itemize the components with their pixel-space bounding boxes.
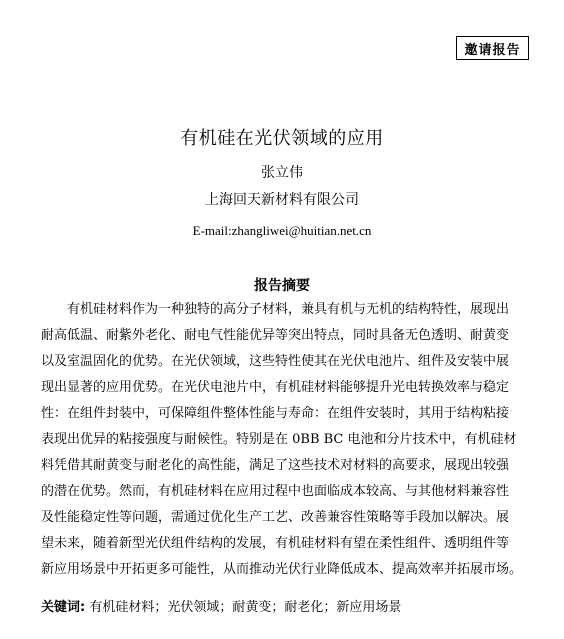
author-affiliation: 上海回天新材料有限公司	[0, 189, 564, 209]
abstract-line: 料凭借其耐黄变与耐老化的高性能，满足了这些技术对材料的高要求，展现出较强	[41, 453, 505, 479]
author-name: 张立伟	[0, 162, 564, 182]
abstract-line: 及性能稳定性等问题，需通过优化生产工艺、改善兼容性策略等手段加以解决。展	[41, 505, 505, 531]
abstract-body: 有机硅材料作为一种独特的高分子材料，兼具有机与无机的结构特性，展现出 耐高低温、…	[41, 297, 505, 583]
author-email: E-mail:zhangliwei@huitian.net.cn	[0, 223, 564, 239]
abstract-line: 的潜在优势。然而，有机硅材料在应用过程中也面临成本较高、与其他材料兼容性	[41, 479, 505, 505]
abstract-line: 有机硅材料作为一种独特的高分子材料，兼具有机与无机的结构特性，展现出	[41, 297, 505, 323]
abstract-line: 性：在组件封装中，可保障组件整体性能与寿命：在组件安装时，其用于结构粘接	[41, 401, 505, 427]
abstract-line: 望未来，随着新型光伏组件结构的发展，有机硅材料有望在柔性组件、透明组件等	[41, 531, 505, 557]
abstract-line: 现出显著的应用优势。在光伏电池片中，有机硅材料能够提升光电转换效率与稳定	[41, 375, 505, 401]
abstract-line: 以及室温固化的优势。在光伏领域，这些特性使其在光伏电池片、组件及安装中展	[41, 349, 505, 375]
keywords: 关键词: 有机硅材料；光伏领域；耐黄变；耐老化；新应用场景	[41, 596, 401, 615]
abstract-line: 新应用场景中开拓更多可能性，从而推动光伏行业降低成本、提高效率并拓展市场。	[41, 557, 505, 583]
keywords-text: 有机硅材料；光伏领域；耐黄变；耐老化；新应用场景	[89, 600, 401, 615]
abstract-line: 表现出优异的粘接强度与耐候性。特别是在 0BB BC 电池和分片技术中，有机硅材	[41, 427, 505, 453]
keywords-label: 关键词:	[41, 600, 85, 615]
abstract-line: 耐高低温、耐紫外老化、耐电气性能优异等突出特点，同时具备无色透明、耐黄变	[41, 323, 505, 349]
paper-title: 有机硅在光伏领域的应用	[0, 124, 564, 150]
abstract-heading: 报告摘要	[0, 275, 564, 295]
report-type-badge: 邀请报告	[456, 36, 529, 60]
